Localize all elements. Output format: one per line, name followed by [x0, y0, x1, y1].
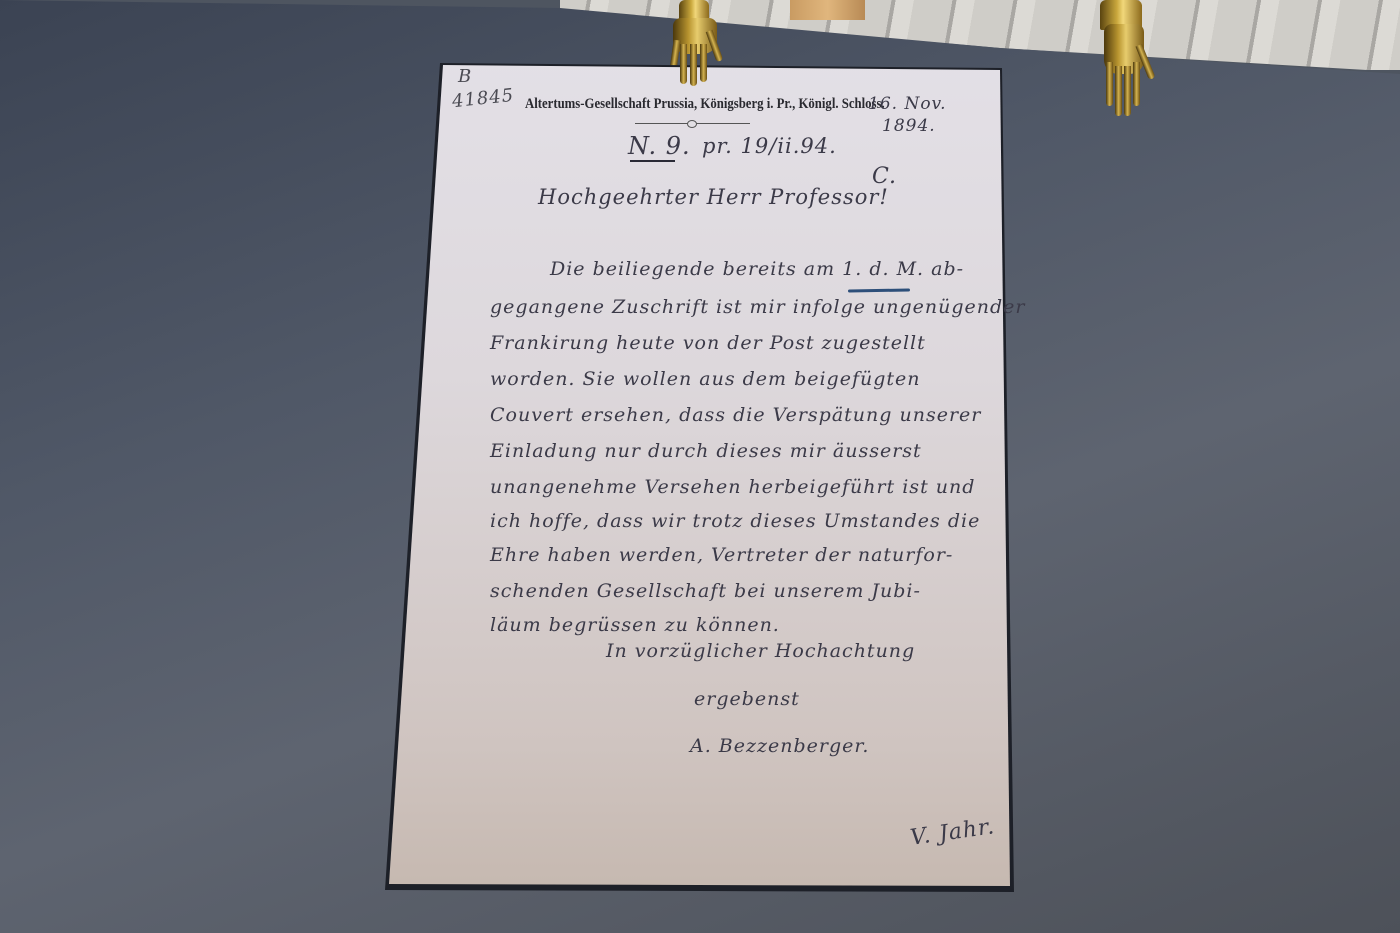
body-line: ich hoffe, dass wir trotz dieses Umstand… — [490, 510, 980, 532]
body-line: läum begrüssen zu können. — [490, 614, 780, 636]
body-line: Die beiliegende bereits am 1. d. M. ab- — [550, 258, 964, 280]
body-line: Einladung nur durch dieses mir äusserst — [490, 440, 922, 462]
body-line: worden. Sie wollen aus dem beigefügten — [490, 368, 921, 390]
wooden-easel-top — [790, 0, 865, 20]
body-line: gegangene Zuschrift ist mir infolge unge… — [490, 296, 1026, 318]
body-line: Couvert ersehen, dass die Verspätung uns… — [490, 404, 981, 426]
body-line: Ehre haben werden, Vertreter der naturfo… — [490, 544, 953, 566]
date-day-month: 16. Nov. — [868, 94, 947, 114]
letterhead: Altertums-Gesellschaft Prussia, Königsbe… — [525, 96, 885, 113]
salutation: Hochgeehrter Herr Professor! — [538, 185, 889, 209]
received-date: pr. 19/ii.94. — [702, 134, 837, 158]
closing-ergebenst: ergebenst — [694, 688, 800, 710]
body-line: schenden Gesellschaft bei unserem Jubi- — [490, 580, 921, 602]
archive-mark: B — [458, 66, 472, 87]
body-line: unangenehme Versehen herbeigeführt ist u… — [490, 476, 975, 498]
reference-underline — [630, 160, 675, 162]
reference-number: N. 9. — [628, 132, 691, 160]
signature: A. Bezzenberger. — [690, 735, 869, 757]
body-line: Frankirung heute von der Post zugestellt — [490, 332, 926, 354]
date-year: 1894. — [882, 116, 936, 136]
letterhead-ornament — [635, 123, 750, 124]
closing: In vorzüglicher Hochachtung — [606, 640, 915, 662]
